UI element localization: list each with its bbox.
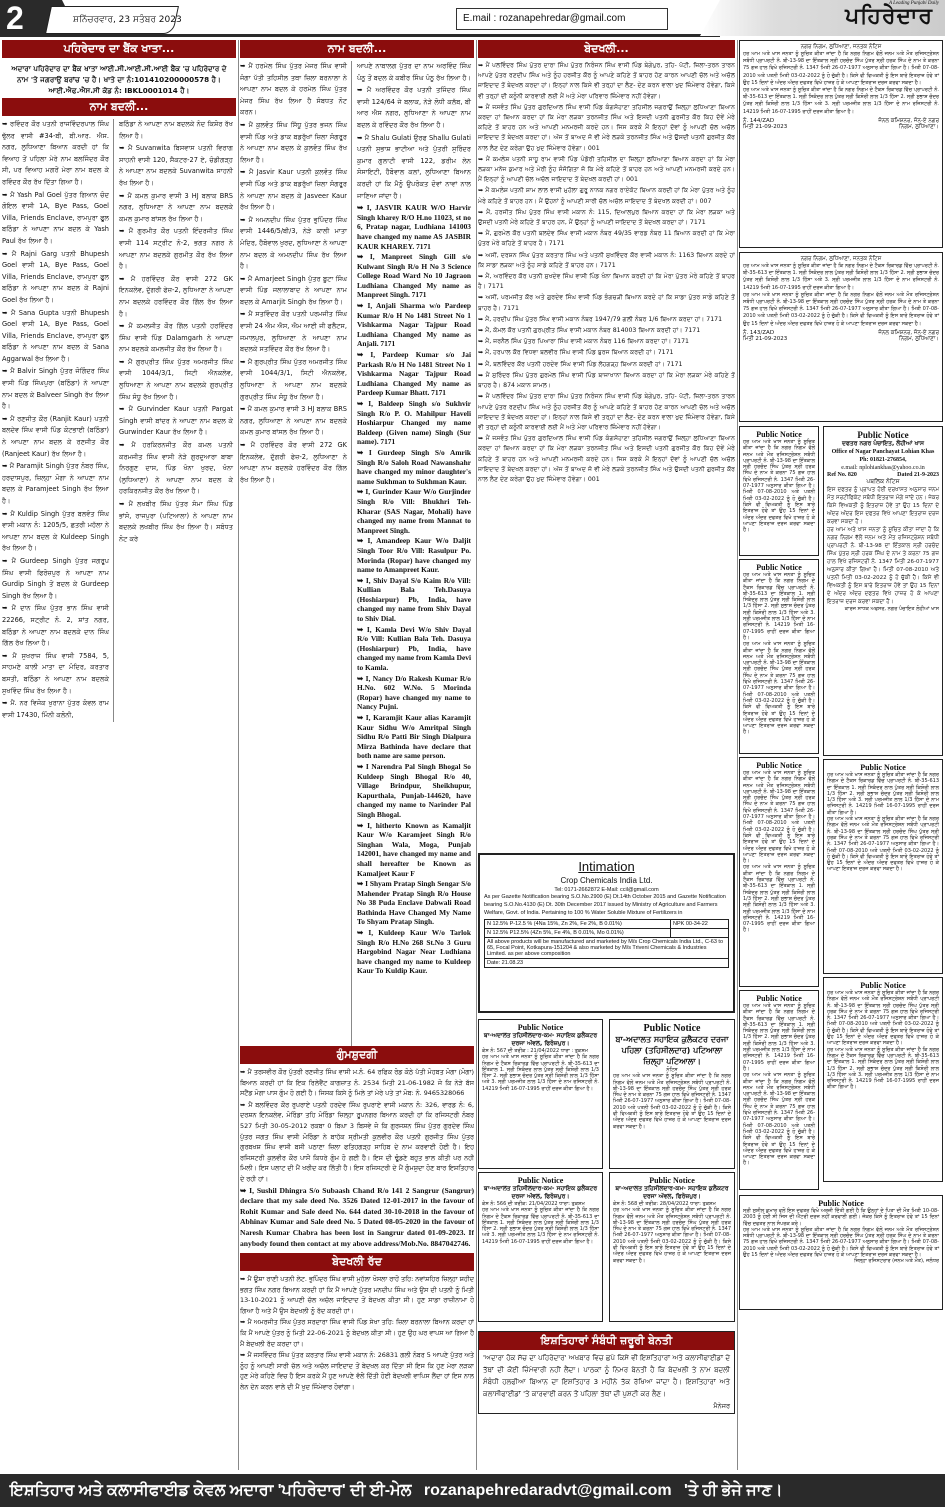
notice-item: ➥ I, Pardeep Kumar s/o Jai Parkash R/o H… bbox=[357, 350, 471, 398]
bank-account-info: ਅਦਾਰਾ ਪਹਿਰੇਦਾਰ ਦਾ ਬੈਂਕ ਖਾਤਾ ਆਈ.ਸੀ.ਆਈ.ਸੀ.… bbox=[2, 61, 236, 98]
notice-item: ➥ ਮੈਂ Shalu Gulati ਉਰਫ Shallu Gulati ਪਤਨ… bbox=[357, 133, 471, 203]
column-bank-naam-badli: ਪਹਿਰੇਦਾਰ ਦਾ ਬੈਂਕ ਖਾਤਾ... ਅਦਾਰਾ ਪਹਿਰੇਦਾਰ … bbox=[2, 40, 236, 1472]
public-notice-subcolumn: Public Notice ਹਰ ਆਮ ਅਤੇ ਖਾਸ ਜਨਤਾ ਨੂੰ ਸੂਚ… bbox=[739, 426, 819, 1193]
notice-item: ➥ ਮੈਂ ਹਰਮੇਲ ਸਿੰਘ ਪੁੱਤਰ ਮੇਜਰ ਸਿੰਘ ਵਾਸੀ ਜੰ… bbox=[240, 61, 347, 119]
notice-subtitle: ਬਾ-ਅਦਾਲਤ ਤਹਿਸੀਲਦਾਰ-ਕਮ- ਸਹਾਇਕ ਕੁਲੈਕਟਰ ਦਰਜ… bbox=[482, 1185, 599, 1201]
notice-item: ➥ I, Shiv Dayal S/o Kaim R/o Vill: Kulli… bbox=[357, 576, 471, 624]
footer-email[interactable]: rozanapehredaradvt@gmail.com bbox=[424, 1482, 672, 1499]
notice-subtitle: ਬਾ-ਅਦਾਲਤ ਤਹਿਸੀਲਦਾਰ-ਕਮ- ਸਹਾਇਕ ਕੁਲੈਕਟਰ ਦਰਜ… bbox=[482, 1032, 599, 1048]
table-cell: N 12.5% P12.5% (4Zn 5%, Fe 4%, B 0.01%, … bbox=[485, 929, 671, 938]
notice-body: ਹਰ ਆਮ ਅਤੇ ਖਾਸ ਜਨਤਾ ਨੂੰ ਸੂਚਿਤ ਕੀਤਾ ਜਾਂਦਾ … bbox=[743, 263, 939, 292]
notice-item: ➥ I, Baldeep Singh s/o Sukhvir Singh R/o… bbox=[357, 399, 471, 447]
notice-item: ➥ ਮੈਂ Suvanwita ਬਿਸਵਾਸ ਪਤਨੀ ਵਿਰਾਗ ਸਾਹਨੀ … bbox=[119, 143, 233, 189]
notice-ref: Ref No. 820 bbox=[827, 472, 857, 478]
notice-item: ➥ ਮੈਂ ਗੁਰਪ੍ਰੀਤ ਸਿੰਘ ਪੁੱਤਰ ਅਮਰਜੀਤ ਸਿੰਘ ਵਾ… bbox=[119, 357, 233, 403]
table-row: N 12.5% P12.5% (4Zn 5%, Fe 4%, B 0.01%, … bbox=[485, 929, 729, 938]
public-notice-box: Public Notice ਬਾ-ਅਦਾਲਤ ਤਹਿਸੀਲਦਾਰ-ਕਮ- ਸਹਾ… bbox=[478, 1019, 603, 1169]
public-notice-box: Public Notice ਹਰ ਆਮ ਅਤੇ ਖਾਸ ਜਨਤਾ ਨੂੰ ਸੂਚ… bbox=[739, 757, 819, 987]
notice-body: ਸ੍ਰੀ ਸੁਸ਼ੀਲ ਕੁਮਾਰ ਵਲੋਂ ਇਸ ਦਫਤਰ ਵਿਖੇ ਅਰਜ਼… bbox=[743, 1208, 939, 1227]
notice-item: ➥ I Shyam Pratap Singh Sengar S/o Mahend… bbox=[357, 879, 471, 927]
bedakhli-radd-list: ➥ ਮੈਂ ਊਸ਼ਾ ਰਾਣੀ ਪਤਨੀ ਲੇਟ. ਭੁਪਿੰਦਰ ਸਿੰਘ ਵ… bbox=[240, 1274, 474, 1393]
notice-item: ➥ ਮੈਂ ਸੁਖਰਾਜ ਸਿੰਘ ਵਾਸੀ 7584, 5, ਸਾਹਮਣੇ ਕ… bbox=[2, 651, 109, 697]
notice-sign: ਜ਼ਿਲ੍ਹਾ ਰਜਿਸਟਰਾਰ (ਜਨਮ ਅਤੇ ਮੌਤ), ਜਲੰਧਰ bbox=[743, 1258, 939, 1264]
gumshudgi-list: ➥ ਮੈਂ ਤਰਸਵੀਰ ਕੌਰ ਪੁੱਤਰੀ ਰਣਜੀਤ ਸਿੰਘ ਵਾਸੀ … bbox=[240, 1067, 474, 1249]
intimation-table: N 12.5% P-12.5 % (4Na 15%, Zn 2%, Fe 2%,… bbox=[484, 919, 729, 968]
notice-body: ਹਰ ਆਮ ਅਤੇ ਖਾਸ ਜਨਤਾ ਨੂੰ ਸੂਚਿਤ ਕੀਤਾ ਜਾਂਦਾ … bbox=[743, 770, 815, 864]
notice-body: ਹਰ ਆਮ ਅਤੇ ਖਾਸ ਜਨਤਾ ਨੂੰ ਸੂਚਿਤ ਕੀਤਾ ਜਾਂਦਾ … bbox=[743, 641, 815, 735]
public-notice-box: Public Notice ਬਾ-ਅਦਾਲਤ ਤਹਿਸੀਲਦਾਰ-ਕਮ- ਸਹਾ… bbox=[478, 1172, 603, 1322]
section-header-bedakhli-radd: ਬੇਦਖਲੀ ਰੱਦ bbox=[240, 1253, 474, 1271]
header-rule bbox=[0, 34, 720, 37]
notice-date: ਮਿਤੀ 21-09-2023 bbox=[743, 336, 787, 343]
notice-item: ➥ ਮੈਂ Kuldip Singh ਪੁੱਤਰ ਬਲਵੰਤ ਸਿੰਘ ਵਾਸੀ… bbox=[2, 509, 109, 555]
public-notice-grid: Public Notice ਹਰ ਆਮ ਅਤੇ ਖਾਸ ਜਨਤਾ ਨੂੰ ਸੂਚ… bbox=[739, 426, 943, 1193]
notice-item: ➥ ਮੈਂ Gurvinder Kaur ਪਤਨੀ Pargat Singh ਵ… bbox=[119, 404, 233, 439]
public-notice-box: Public Notice ਹਰ ਆਮ ਅਤੇ ਖਾਸ ਜਨਤਾ ਨੂੰ ਸੂਚ… bbox=[739, 426, 819, 556]
footer-banner: ਇਸ਼ਤਿਹਾਰ ਅਤੇ ਕਲਾਸੀਫਾਈਡ ਕੇਵਲ ਅਦਾਰਾ 'ਪਹਿਰੇ… bbox=[0, 1474, 945, 1507]
notice-item: ➥ ਮੈਂ ਕੁਲਵੰਤ ਸਿੰਘ ਸਿੱਧੂ ਪੁੱਤਰ ਭਜਨ ਸਿੰਘ ਵ… bbox=[240, 120, 347, 166]
notice-title: Public Notice bbox=[482, 1023, 599, 1032]
notice-item: ➥ ਅਸੀਂ, ਪਰਮਜੀਤ ਕੌਰ ਅਤੇ ਗੁਰਦੇਵ ਸਿੰਘ ਵਾਸੀ … bbox=[478, 293, 735, 313]
notice-item: ➥ ਮੈਂ ਅਮਨਦੀਪ ਸਿੰਘ ਪੁੱਤਰ ਭੁਪਿੰਦਰ ਸਿੰਘ ਵਾਸ… bbox=[240, 215, 347, 273]
notice-sign: ਕਾਰਜ ਸਾਧਕ ਅਫਸਰ, ਨਗਰ ਪੰਚਾਇਤ ਲੋਹੀਆਂ ਖਾਸ bbox=[827, 606, 939, 612]
notice-item: ➥ ਮੈਂ ਹਰਵਿੰਦਰ ਕੌਰ ਵਾਸੀ 272 GK ਇਨਕਲੇਵ, ਦੁ… bbox=[240, 440, 347, 486]
public-notice-box: Public Notice ਹਰ ਆਮ ਅਤੇ ਖਾਸ ਜਨਤਾ ਨੂੰ ਸੂਚ… bbox=[823, 977, 943, 1182]
notice-item: ➥ ਮੈਂ, ਹਰਪਾਲ ਕੌਰ ਵਿਧਵਾ ਬਲਵੀਰ ਸਿੰਘ ਵਾਸੀ ਪ… bbox=[478, 348, 735, 358]
notice-item: ➥ ਮੈਂ Paramjit Singh ਪੁੱਤਰ ਨੰਬਰ ਸਿੰਘ, ਹਰ… bbox=[2, 461, 109, 507]
notice-title: Public Notice bbox=[827, 981, 939, 990]
adv-notice-sign: ਮੈਨੇਜਰ bbox=[479, 1402, 734, 1413]
notice-item: ➥ ਮੈਂ ਸਤਵਿੰਦਰ ਕੌਰ ਪਤਨੀ ਪਰਮਜੀਤ ਸਿੰਘ ਵਾਸੀ … bbox=[240, 309, 347, 355]
notice-item: ➥ ਅਸੀਂ, ਦਰਸ਼ਨ ਸਿੰਘ ਪੁੱਤਰ ਕਰਤਾਰ ਸਿੰਘ ਅਤੇ … bbox=[478, 251, 735, 271]
notice-heading: ਨਗਰ ਨਿਗਮ, ਲੁਧਿਆਣਾ, ਜਨਤਕ ਨੋਟਿਸ bbox=[743, 256, 939, 263]
notice-item: ➥ ਮੈਂ ਕਮਲਜੀਤ ਕੌਰ ਗਿੱਲ ਪਤਨੀ ਹਰਵਿੰਦਰ ਸਿੰਘ … bbox=[119, 321, 233, 356]
notice-item: ➥ ਮੈਂ ਦਾਨ ਸਿੰਘ ਪੁੱਤਰ ਭਾਨ ਸਿੰਘ ਵਾਸੀ 22266… bbox=[2, 603, 109, 649]
notice-title: Public Notice bbox=[743, 563, 815, 572]
notice-label: ਪਬਲਿਕ ਨੋਟਿਸ bbox=[827, 478, 939, 486]
table-cell: All above products will be manufactured … bbox=[485, 938, 729, 959]
column-naam-badli-gumshudgi: ਨਾਮ ਬਦਲੀ... ➥ ਮੈਂ ਹਰਮੇਲ ਸਿੰਘ ਪੁੱਤਰ ਮੇਜਰ … bbox=[240, 40, 474, 1472]
notice-subtitle: ਬਾ-ਅਦਾਲਤ ਤਹਿਸੀਲਦਾਰ-ਕਮ- ਸਹਾਇਕ ਕੁਲੈਕਟਰ ਦਰਜ… bbox=[613, 1185, 731, 1201]
notice-sign: ਜੋਨਲ ਕਮਿਸ਼ਨਰ, ਜੋਨ-ਏ ਨਗਰ ਨਿਗਮ, ਲੁਧਿਆਣਾ। bbox=[869, 118, 939, 131]
notice-heading: ਨਗਰ ਨਿਗਮ, ਲੁਧਿਆਣਾ, ਜਨਤਕ ਨੋਟਿਸ bbox=[743, 44, 939, 51]
notice-item: ਬਠਿੰਡਾ ਨੇ ਆਪਣਾ ਨਾਮ ਬਦਲਕੇ ਨੰਦ ਕਿਸ਼ੋਰ ਰੱਖ … bbox=[119, 119, 233, 142]
notice-item: ➥ I, Manpreet Singh Gill s/o Kulwant Sin… bbox=[357, 252, 471, 300]
notice-title: Public Notice bbox=[743, 761, 815, 770]
public-notice-box: Public Notice ਹਰ ਆਮ ਅਤੇ ਖਾਸ ਜਨਤਾ ਨੂੰ ਸੂਚ… bbox=[739, 990, 819, 1190]
notice-item: ➥ ਮੈਂ ਹਰਕਿਰਨਜੀਤ ਕੌਰ ਕਮਲ ਪਤਨੀ ਕਰਮਜੀਤ ਸਿੰਘ… bbox=[119, 440, 233, 498]
public-notice-subcolumn: Public Notice ਦਫਤਰ ਨਗਰ ਪੰਚਾਇਤ, ਲੋਹੀਆਂ ਖਾ… bbox=[823, 426, 943, 1193]
notice-item: ➥ ਮੈਂ ਕਮਲੇਸ਼ ਪਤਨੀ ਸ਼ਾਮ ਲਾਲ ਵਾਸੀ ਮੁਹੱਲਾ ਗ… bbox=[478, 186, 735, 206]
notice-body: ਹਰ ਆਮ ਅਤੇ ਖਾਸ ਜਨਤਾ ਨੂੰ ਸੂਚਿਤ ਕੀਤਾ ਜਾਂਦਾ … bbox=[482, 1207, 599, 1245]
notice-body: ਹਰ ਆਮ ਅਤੇ ਖਾਸ ਜਨਤਾ ਨੂੰ ਸੂਚਿਤ ਕੀਤਾ ਜਾਂਦਾ … bbox=[827, 772, 939, 816]
nagar-panchayat-notice: Public Notice ਦਫਤਰ ਨਗਰ ਪੰਚਾਇਤ, ਲੋਹੀਆਂ ਖਾ… bbox=[823, 426, 943, 756]
notice-date: Dated 21-9-2023 bbox=[897, 472, 939, 478]
issue-date: ਸ਼ਨਿੱਚਰਵਾਰ, 23 ਸਤੰਬਰ 2023 bbox=[49, 7, 175, 33]
masthead-logo: ਪਹਿਰੇਦਾਰ bbox=[845, 4, 933, 29]
intimation-para: As per Gazette Notification bearing S.O.… bbox=[484, 893, 729, 917]
notice-title: Public Notice bbox=[482, 1176, 599, 1185]
notice-subtitle-en: Office of Nagar Panchayat Lohian Khas bbox=[827, 448, 939, 456]
notice-item: ➥ ਮੈਂ ਕਮਲ ਕੁਮਾਰ ਵਾਸੀ 3 HJ ਬਲਾਕ BRS ਨਗਰ, … bbox=[240, 404, 347, 439]
notice-item: ➥ I, Karamjit Kaur alias Karamjit Kaur S… bbox=[357, 713, 471, 761]
notice-item: ➥ ਮੈਂ Rajni Garg ਪਤਨੀ Bhupesh Goel ਵਾਸੀ … bbox=[2, 249, 109, 307]
notice-item: ➥ I Narendra Pal Singh Bhogal So Kuldeep… bbox=[357, 762, 471, 820]
page-header: 2 ਸ਼ਨਿੱਚਰਵਾਰ, 23 ਸਤੰਬਰ 2023 E.mail : roz… bbox=[0, 0, 945, 36]
notice-subtitle: ਦਫਤਰ ਨਗਰ ਪੰਚਾਇਤ, ਲੋਹੀਆਂ ਖਾਸ bbox=[827, 440, 939, 448]
notice-title: Public Notice bbox=[743, 1199, 939, 1208]
intimation-title: Intimation bbox=[484, 859, 729, 874]
notice-item: ➥ ਮੈਂ Gurdeep Singh ਪੁੱਤਰ ਜਗਰੂਪ ਸਿੰਘ ਵਾਸ… bbox=[2, 556, 109, 602]
notice-body: ਇਸ ਦਫਤਰ ਨੂੰ ਪ੍ਰਾਪਤ ਹੋਈ ਦਰਖਾਸਤ ਅਨੁਸਾਰ ਜਨਮ… bbox=[827, 486, 939, 526]
notice-subtitle: ਬਾ-ਅਦਾਲਤ ਸਹਾਇਕ ਕੁਲੈਕਟਰ ਦਰਜਾ ਪਹਿਲਾ (ਤਹਿਸੀ… bbox=[613, 1034, 731, 1067]
notice-item: ➥ ਮੈਂ Jasvir Kaur ਪਤਨੀ ਕੁਲਵੰਤ ਸਿੰਘ ਵਾਸੀ … bbox=[240, 167, 347, 213]
notice-item: ➥ ਮੈਂ ਕਮਲ ਕੁਮਾਰ ਵਾਸੀ 3 HJ ਬਲਾਕ BRS ਨਗਰ, … bbox=[119, 191, 233, 226]
page-number: 2 bbox=[6, 0, 24, 36]
notice-item: ➥ ਮੈਂ Yash Pal Goel ਪੁੱਤਰ ਗਿਆਨ ਚੰਦ ਗੋਇਲ … bbox=[2, 190, 109, 248]
notice-item: ➥ I Gurdeep Singh S/o Amrik Singh R/o Sa… bbox=[357, 448, 471, 486]
notice-body: ਹਰ ਆਮ ਅਤੇ ਖਾਸ ਜਨਤਾ ਨੂੰ ਸੂਚਿਤ ਕੀਤਾ ਜਾਂਦਾ … bbox=[827, 1047, 939, 1091]
notice-body: ਹਰ ਆਮ ਅਤੇ ਖਾਸ ਜਨਤਾ ਨੂੰ ਸੂਚਿਤ ਕੀਤਾ ਜਾਂਦਾ … bbox=[827, 526, 939, 606]
section-header-naam-badli: ਨਾਮ ਬਦਲੀ... bbox=[2, 98, 236, 116]
municipal-notice-2: ਨਗਰ ਨਿਗਮ, ਲੁਧਿਆਣਾ, ਜਨਤਕ ਨੋਟਿਸ ਹਰ ਆਮ ਅਤੇ … bbox=[739, 252, 943, 422]
notice-item: ➥ ਮੈਂ ਜਸਵਿੰਦਰ ਸਿੰਘ ਪੁੱਤਰ ਕਰਤਾਰ ਸਿੰਘ ਵਾਸੀ… bbox=[240, 1350, 474, 1392]
notice-item: ➥ ਮੈਂ ਰਣਜੀਤ ਕੌਰ (Ranjit Kaur) ਪਤਨੀ ਬਲਦੇਵ… bbox=[2, 414, 109, 460]
footer-text-end: 'ਤੇ ਹੀ ਭੇਜੇ ਜਾਣ। bbox=[684, 1482, 783, 1499]
notice-item: ➥ ਮੈਂ ਗੁਰਪ੍ਰੀਤ ਸਿੰਘ ਪੁੱਤਰ ਅਮਰਜੀਤ ਸਿੰਘ ਵਾ… bbox=[240, 357, 347, 403]
notice-item: ➥ ਮੈਂ ਹਰਵਿੰਦਰ ਕੌਰ ਵਾਸੀ 272 GK ਇਨਕਲੇਵ, ਦੁ… bbox=[119, 274, 233, 320]
naam-badli-list-b: ਬਠਿੰਡਾ ਨੇ ਆਪਣਾ ਨਾਮ ਬਦਲਕੇ ਨੰਦ ਕਿਸ਼ੋਰ ਰੱਖ … bbox=[119, 119, 233, 722]
public-notice-box: Public Notice ਹਰ ਆਮ ਅਤੇ ਖਾਸ ਜਨਤਾ ਨੂੰ ਸੂਚ… bbox=[823, 759, 943, 974]
table-cell: Date: 21.08.23 bbox=[485, 959, 729, 968]
notice-date: ਮਿਤੀ 21-09-2023 bbox=[743, 124, 787, 131]
notice-body: ਹਰ ਆਮ ਅਤੇ ਖਾਸ ਜਨਤਾ ਨੂੰ ਸੂਚਿਤ ਕੀਤਾ ਜਾਂਦਾ … bbox=[743, 1003, 815, 1072]
public-notice-row-2: Public Notice ਬਾ-ਅਦਾਲਤ ਤਹਿਸੀਲਦਾਰ-ਕਮ- ਸਹਾ… bbox=[478, 1172, 735, 1325]
notice-item: ➥ ਮੈਂ. ਨਰ ਵਿਜੋਕ ਖੁਰਾਨਾ ਪੁੱਤਰ ਕੰਵਲ ਰਾਮ ਵਾ… bbox=[2, 698, 109, 721]
intimation-ad: Intimation Crop Chemicals India Ltd. Tel… bbox=[478, 853, 735, 1013]
notice-item: ➥ ਮੈਂ, ਗੁਰਮੇਲ ਕੌਰ ਪਤਨੀ ਬਲਦੇਵ ਸਿੰਘ ਵਾਸੀ ਮ… bbox=[478, 229, 735, 249]
notice-item: ਆਪਣੇ ਨਾਬਾਲਗ ਪੁੱਤਰ ਦਾ ਨਾਮ ਅਰਵਿੰਦ ਸਿੰਘ ਪੰਨ… bbox=[357, 61, 471, 84]
notice-item: ➥ ਮੈਂ ਊਸ਼ਾ ਰਾਣੀ ਪਤਨੀ ਲੇਟ. ਭੁਪਿੰਦਰ ਸਿੰਘ ਵ… bbox=[240, 1274, 474, 1316]
notice-item: ➥ ਮੈਂ ਪਲਵਿੰਦਰ ਸਿੰਘ ਪੁੱਤਰ ਦਾਰਾ ਸਿੰਘ ਪੁੱਤਰ… bbox=[478, 392, 735, 433]
notice-email: e.mail: nplohiankhas@yahoo.co.in bbox=[827, 464, 939, 472]
notice-item: ➥ ਮੈਂ Sana Gupta ਪਤਨੀ Bhupesh Goel ਵਾਸੀ … bbox=[2, 308, 109, 366]
notice-title: Public Notice bbox=[613, 1176, 731, 1185]
column-public-notices: ਨਗਰ ਨਿਗਮ, ਲੁਧਿਆਣਾ, ਜਨਤਕ ਨੋਟਿਸ ਹਰ ਆਮ ਅਤੇ … bbox=[739, 40, 943, 1472]
notice-item: ➥ I, JASVIR KAUR W/O Harvir Singh kharey… bbox=[357, 203, 471, 251]
notice-item: ➥ ਮੈਂ ਅਰਵਿੰਦਰ ਕੌਰ ਪਤਨੀ ਤਜਿੰਦਰ ਸਿੰਘ ਵਾਸੀ … bbox=[357, 85, 471, 131]
notice-title: Public Notice bbox=[743, 994, 815, 1003]
notice-item: ➥ I, Gurinder Kaur W/o Gurjinder Singh R… bbox=[357, 487, 471, 535]
naam-badli-list-d: ਆਪਣੇ ਨਾਬਾਲਗ ਪੁੱਤਰ ਦਾ ਨਾਮ ਅਰਵਿੰਦ ਸਿੰਘ ਪੰਨ… bbox=[357, 61, 471, 1046]
public-notice-box: Public Notice ਸ੍ਰੀ ਸੁਸ਼ੀਲ ਕੁਮਾਰ ਵਲੋਂ ਇਸ … bbox=[739, 1195, 943, 1310]
masthead: A Leading Punjabi Daily ਪਹਿਰੇਦਾਰ bbox=[700, 0, 945, 36]
notice-item: ➥ ਮੈਂ ਤਰਸਵੀਰ ਕੌਰ ਪੁੱਤਰੀ ਰਣਜੀਤ ਸਿੰਘ ਵਾਸੀ … bbox=[240, 1067, 474, 1099]
notice-item: ➥ ਮੈਂ, ਬਲਵਿੰਦਰ ਕੌਰ ਪਤਨੀ ਹਰਦੇਵ ਸਿੰਘ ਵਾਸੀ … bbox=[478, 360, 735, 370]
notice-item: ➥ I, Kamla Devi W/o Shiv Dayal R/o Vill:… bbox=[357, 625, 471, 673]
table-row: All above products will be manufactured … bbox=[485, 938, 729, 959]
footer-text: ਇਸ਼ਤਿਹਾਰ ਅਤੇ ਕਲਾਸੀਫਾਈਡ ਕੇਵਲ ਅਦਾਰਾ 'ਪਹਿਰੇ… bbox=[10, 1482, 411, 1499]
notice-item: ➥ I, Sushil Dhingra S/o Subaash Chand R/… bbox=[240, 1186, 474, 1250]
notice-item: ➥ ਮੈਂ ਜਸਵੰਤ ਸਿੰਘ ਪੁੱਤਰ ਗੁਰਦਿਆਲ ਸਿੰਘ ਵਾਸੀ… bbox=[478, 103, 735, 154]
column-bedakhli: ਬੇਦਖਲੀ... ➥ ਮੈਂ ਪਲਵਿੰਦਰ ਸਿੰਘ ਪੁੱਤਰ ਦਾਰਾ … bbox=[478, 40, 735, 1472]
notice-item: ➥ I, Nancy D/o Rakesh Kumar R/o H.No. 60… bbox=[357, 674, 471, 712]
notice-item: ➥ ਮੈਂ, ਹਰਦੀਪ ਸਿੰਘ ਪੁੱਤਰ ਸਿੰਘ ਵਾਸੀ ਮਕਾਨ ਨ… bbox=[478, 315, 735, 325]
notice-body: ਹਰ ਆਮ ਅਤੇ ਖਾਸ ਜਨਤਾ ਨੂੰ ਸੂਚਿਤ ਕੀਤਾ ਜਾਂਦਾ … bbox=[613, 1073, 731, 1130]
notice-item: ➥ ਮੈਂ, ਹਰਜੀਤ ਸਿੰਘ ਪੁੱਤਰ ਸਿੰਘ ਵਾਸੀ ਮਕਾਨ ਨ… bbox=[478, 208, 735, 228]
notice-item: ➥ ਰਵਿੰਦਰ ਕੌਰ ਪਤਨੀ ਰਾਜਵਿੰਦਰਪਾਲ ਸਿੰਘ ਢੁੱਲਰ… bbox=[2, 119, 109, 189]
notice-title: Public Notice bbox=[827, 430, 939, 440]
notice-phone: Ph: 01821-276854, bbox=[827, 456, 939, 464]
notice-body: ਹਰ ਆਮ ਅਤੇ ਖਾਸ ਜਨਤਾ ਨੂੰ ਸੂਚਿਤ ਕੀਤਾ ਜਾਂਦਾ … bbox=[613, 1207, 731, 1264]
header-email[interactable]: E.mail : rozanapehredar@gmail.com bbox=[456, 8, 668, 30]
adv-notice-text: 'ਅਦਾਰਾ ਹੋਕ ਸੱਚ ਦਾ ਪਹਿਰੇਦਾਰ' ਅਖਬਾਰ ਵਿਚ ਛਪ… bbox=[479, 1350, 734, 1402]
notice-item: ➥ ਮੈਂ Amarjeet Singh ਪੁੱਤਰ ਬੂਟਾ ਸਿੰਘ ਵਾਸ… bbox=[240, 274, 347, 309]
notice-item: ➥ ਮੈਂ ਅਮਰਜੀਤ ਸਿੰਘ ਪੁੱਤਰ ਸਰਦਾਰਾ ਸਿੰਘ ਵਾਸੀ… bbox=[240, 1317, 474, 1349]
column-divider bbox=[238, 40, 239, 1470]
section-header-bedakhli: ਬੇਦਖਲੀ... bbox=[478, 40, 735, 58]
column-divider bbox=[476, 40, 477, 1470]
table-cell: N 12.5% P-12.5 % (4Na 15%, Zn 2%, Fe 2%,… bbox=[485, 920, 671, 929]
notice-body: ਹਰ ਆਮ ਅਤੇ ਖਾਸ ਜਨਤਾ ਨੂੰ ਸੂਚਿਤ ਕੀਤਾ ਜਾਂਦਾ … bbox=[743, 864, 815, 933]
notice-sign: ਜੋਨਲ ਕਮਿਸ਼ਨਰ, ਜੋਨ-ਏ ਨਗਰ ਨਿਗਮ, ਲੁਧਿਆਣਾ। bbox=[869, 330, 939, 343]
table-cell bbox=[670, 929, 728, 938]
notice-body: ਹਰ ਆਮ ਅਤੇ ਖਾਸ ਜਨਤਾ ਨੂੰ ਸੂਚਿਤ ਕੀਤਾ ਜਾਂਦਾ … bbox=[482, 1054, 599, 1092]
notice-item: ➥ ਮੈਂ ਲਖਬੀਰ ਸਿੰਘ ਪੁੱਤਰ ਸੰਮਾ ਸਿੰਘ ਪਿੰਡ ਭਾ… bbox=[119, 499, 233, 545]
notice-title: Public Notice bbox=[827, 763, 939, 772]
public-notice-box: Public Notice ਬਾ-ਅਦਾਲਤ ਸਹਾਇਕ ਕੁਲੈਕਟਰ ਦਰਜ… bbox=[609, 1019, 735, 1169]
notice-body: ਹਰ ਆਮ ਅਤੇ ਖਾਸ ਜਨਤਾ ਨੂੰ ਸੂਚਿਤ ਕੀਤਾ ਜਾਂਦਾ … bbox=[743, 1227, 939, 1258]
municipal-notice-1: ਨਗਰ ਨਿਗਮ, ਲੁਧਿਆਣਾ, ਜਨਤਕ ਨੋਟਿਸ ਹਰ ਆਮ ਅਤੇ … bbox=[739, 40, 943, 248]
notice-item: ➥ I, Anjali Sharma w/o Pardeep Kumar R/o… bbox=[357, 301, 471, 349]
advertisement-notice-box: ਇਸ਼ਤਿਹਾਰਾਂ ਸੰਬੰਧੀ ਜ਼ਰੂਰੀ ਬੇਨਤੀ 'ਅਦਾਰਾ ਹੋ… bbox=[478, 1331, 735, 1414]
notice-title: Public Notice bbox=[743, 430, 815, 439]
notice-item: ➥ I, hitherto Known as Kamaljit Kaur W/o… bbox=[357, 821, 471, 879]
table-row: N 12.5% P-12.5 % (4Na 15%, Zn 2%, Fe 2%,… bbox=[485, 920, 729, 929]
notice-item: ➥ ਮੈਂ ਬਲਵਿੰਦਰ ਕੌਰ ਰੁਪਰਾਏ ਪਤਨੀ ਹਰਦੇਵ ਸਿੰਘ… bbox=[240, 1100, 474, 1185]
notice-body: ਹਰ ਆਮ ਅਤੇ ਖਾਸ ਜਨਤਾ ਨੂੰ ਸੂਚਿਤ ਕੀਤਾ ਜਾਂਦਾ … bbox=[743, 87, 939, 116]
naam-badli-list-a: ➥ ਰਵਿੰਦਰ ਕੌਰ ਪਤਨੀ ਰਾਜਵਿੰਦਰਪਾਲ ਸਿੰਘ ਢੁੱਲਰ… bbox=[2, 119, 114, 722]
intimation-company: Crop Chemicals India Ltd. bbox=[484, 876, 729, 885]
public-notice-box: Public Notice ਹਰ ਆਮ ਅਤੇ ਖਾਸ ਜਨਤਾ ਨੂੰ ਸੂਚ… bbox=[739, 559, 819, 754]
notice-body: ਹਰ ਆਮ ਅਤੇ ਖਾਸ ਜਨਤਾ ਨੂੰ ਸੂਚਿਤ ਕੀਤਾ ਜਾਂਦਾ … bbox=[743, 1072, 815, 1166]
notice-item: ➥ ਮੈਂ ਗੁਰਮੀਤ ਕੌਰ ਪਤਨੀ ਇੰਦਰਜੀਤ ਸਿੰਘ ਵਾਸੀ … bbox=[119, 226, 233, 272]
bedakhli-list: ➥ ਮੈਂ ਪਲਵਿੰਦਰ ਸਿੰਘ ਪੁੱਤਰ ਦਾਰਾ ਸਿੰਘ ਪੁੱਤਰ… bbox=[478, 61, 735, 849]
notice-body: ਹਰ ਆਮ ਅਤੇ ਖਾਸ ਜਨਤਾ ਨੂੰ ਸੂਚਿਤ ਕੀਤਾ ਜਾਂਦਾ … bbox=[743, 51, 939, 87]
column-divider bbox=[737, 40, 738, 1470]
notice-item: ➥ ਮੈਂ, ਅਰਵਿੰਦਰ ਕੌਰ ਪਤਨੀ ਸੁਖਦੇਵ ਸਿੰਘ ਵਾਸੀ… bbox=[478, 272, 735, 292]
english-notices: ➥ I, JASVIR KAUR W/O Harvir Singh kharey… bbox=[357, 203, 471, 976]
table-row: Date: 21.08.23 bbox=[485, 959, 729, 968]
notice-title: Public Notice bbox=[613, 1023, 731, 1034]
notice-item: ➥ ਮੈਂ, ਜਰਨੈਲ ਸਿੰਘ ਪੁੱਤਰ ਪਿਆਰਾ ਸਿੰਘ ਵਾਸੀ … bbox=[478, 337, 735, 347]
date-box: ਸ਼ਨਿੱਚਰਵਾਰ, 23 ਸਤੰਬਰ 2023 bbox=[45, 6, 179, 34]
section-header-naam-badli-2: ਨਾਮ ਬਦਲੀ... bbox=[240, 40, 474, 58]
section-header-adv-notice: ਇਸ਼ਤਿਹਾਰਾਂ ਸੰਬੰਧੀ ਜ਼ਰੂਰੀ ਬੇਨਤੀ bbox=[479, 1332, 734, 1350]
notice-body: ਹਰ ਆਮ ਅਤੇ ਖਾਸ ਜਨਤਾ ਨੂੰ ਸੂਚਿਤ ਕੀਤਾ ਜਾਂਦਾ … bbox=[743, 439, 815, 533]
public-notice-box: Public Notice ਬਾ-ਅਦਾਲਤ ਤਹਿਸੀਲਦਾਰ-ਕਮ- ਸਹਾ… bbox=[609, 1172, 735, 1322]
public-notice-row-1: Public Notice ਬਾ-ਅਦਾਲਤ ਤਹਿਸੀਲਦਾਰ-ਕਮ- ਸਹਾ… bbox=[478, 1019, 735, 1172]
notice-item: ➥ ਮੈਂ, ਕੋਮਲ ਕੌਰ ਪਤਨੀ ਗੁਰਪ੍ਰੀਤ ਸਿੰਘ ਵਾਸੀ … bbox=[478, 326, 735, 336]
section-header-gumshudgi: ਗੁੰਮਸ਼ੁਦਗੀ bbox=[240, 1046, 474, 1064]
section-header-bank: ਪਹਿਰੇਦਾਰ ਦਾ ਬੈਂਕ ਖਾਤਾ... bbox=[2, 40, 236, 58]
notice-item: ➥ ਮੈਂ ਜਸਵੰਤ ਸਿੰਘ ਪੁੱਤਰ ਗੁਰਦਿਆਲ ਸਿੰਘ ਵਾਸੀ… bbox=[478, 434, 735, 485]
table-cell: NPK 00-34-22 bbox=[670, 920, 728, 929]
notice-body: ਹਰ ਆਮ ਅਤੇ ਖਾਸ ਜਨਤਾ ਨੂੰ ਸੂਚਿਤ ਕੀਤਾ ਜਾਂਦਾ … bbox=[743, 572, 815, 641]
notice-item: ➥ I, Kuldeep Kaur W/o Tarlok Singh R/o H… bbox=[357, 928, 471, 976]
notice-item: ➥ ਮੈਂ Balvir Singh ਪੁੱਤਰ ਜੋਗਿੰਦਰ ਸਿੰਘ ਵਾ… bbox=[2, 366, 109, 412]
notice-item: ➥ ਮੈਂ ਸੁਰਿੰਦਰ ਸਿੰਘ ਪੁੱਤਰ ਗੁਰਮੇਲ ਸਿੰਘ ਵਾਸ… bbox=[478, 371, 735, 391]
notice-item: ➥ I, Amandeep Kaur W/o Daljit Singh Toor… bbox=[357, 536, 471, 574]
notice-body: ਹਰ ਆਮ ਅਤੇ ਖਾਸ ਜਨਤਾ ਨੂੰ ਸੂਚਿਤ ਕੀਤਾ ਜਾਂਦਾ … bbox=[827, 990, 939, 1047]
notice-body: ਹਰ ਆਮ ਅਤੇ ਖਾਸ ਜਨਤਾ ਨੂੰ ਸੂਚਿਤ ਕੀਤਾ ਜਾਂਦਾ … bbox=[743, 292, 939, 328]
notice-item: ➥ ਮੈਂ ਕਮਲੇਸ਼ ਪਤਨੀ ਸਾਧੂ ਰਾਮ ਵਾਸੀ ਪਿੰਡ ਪੰਡ… bbox=[478, 155, 735, 186]
notice-item: ➥ ਮੈਂ ਪਲਵਿੰਦਰ ਸਿੰਘ ਪੁੱਤਰ ਦਾਰਾ ਸਿੰਘ ਪੁੱਤਰ… bbox=[478, 61, 735, 102]
naam-badli-list-c: ➥ ਮੈਂ ਹਰਮੇਲ ਸਿੰਘ ਪੁੱਤਰ ਮੇਜਰ ਸਿੰਘ ਵਾਸੀ ਜੰ… bbox=[240, 61, 352, 1046]
notice-body: ਹਰ ਆਮ ਅਤੇ ਖਾਸ ਜਨਤਾ ਨੂੰ ਸੂਚਿਤ ਕੀਤਾ ਜਾਂਦਾ … bbox=[827, 816, 939, 873]
